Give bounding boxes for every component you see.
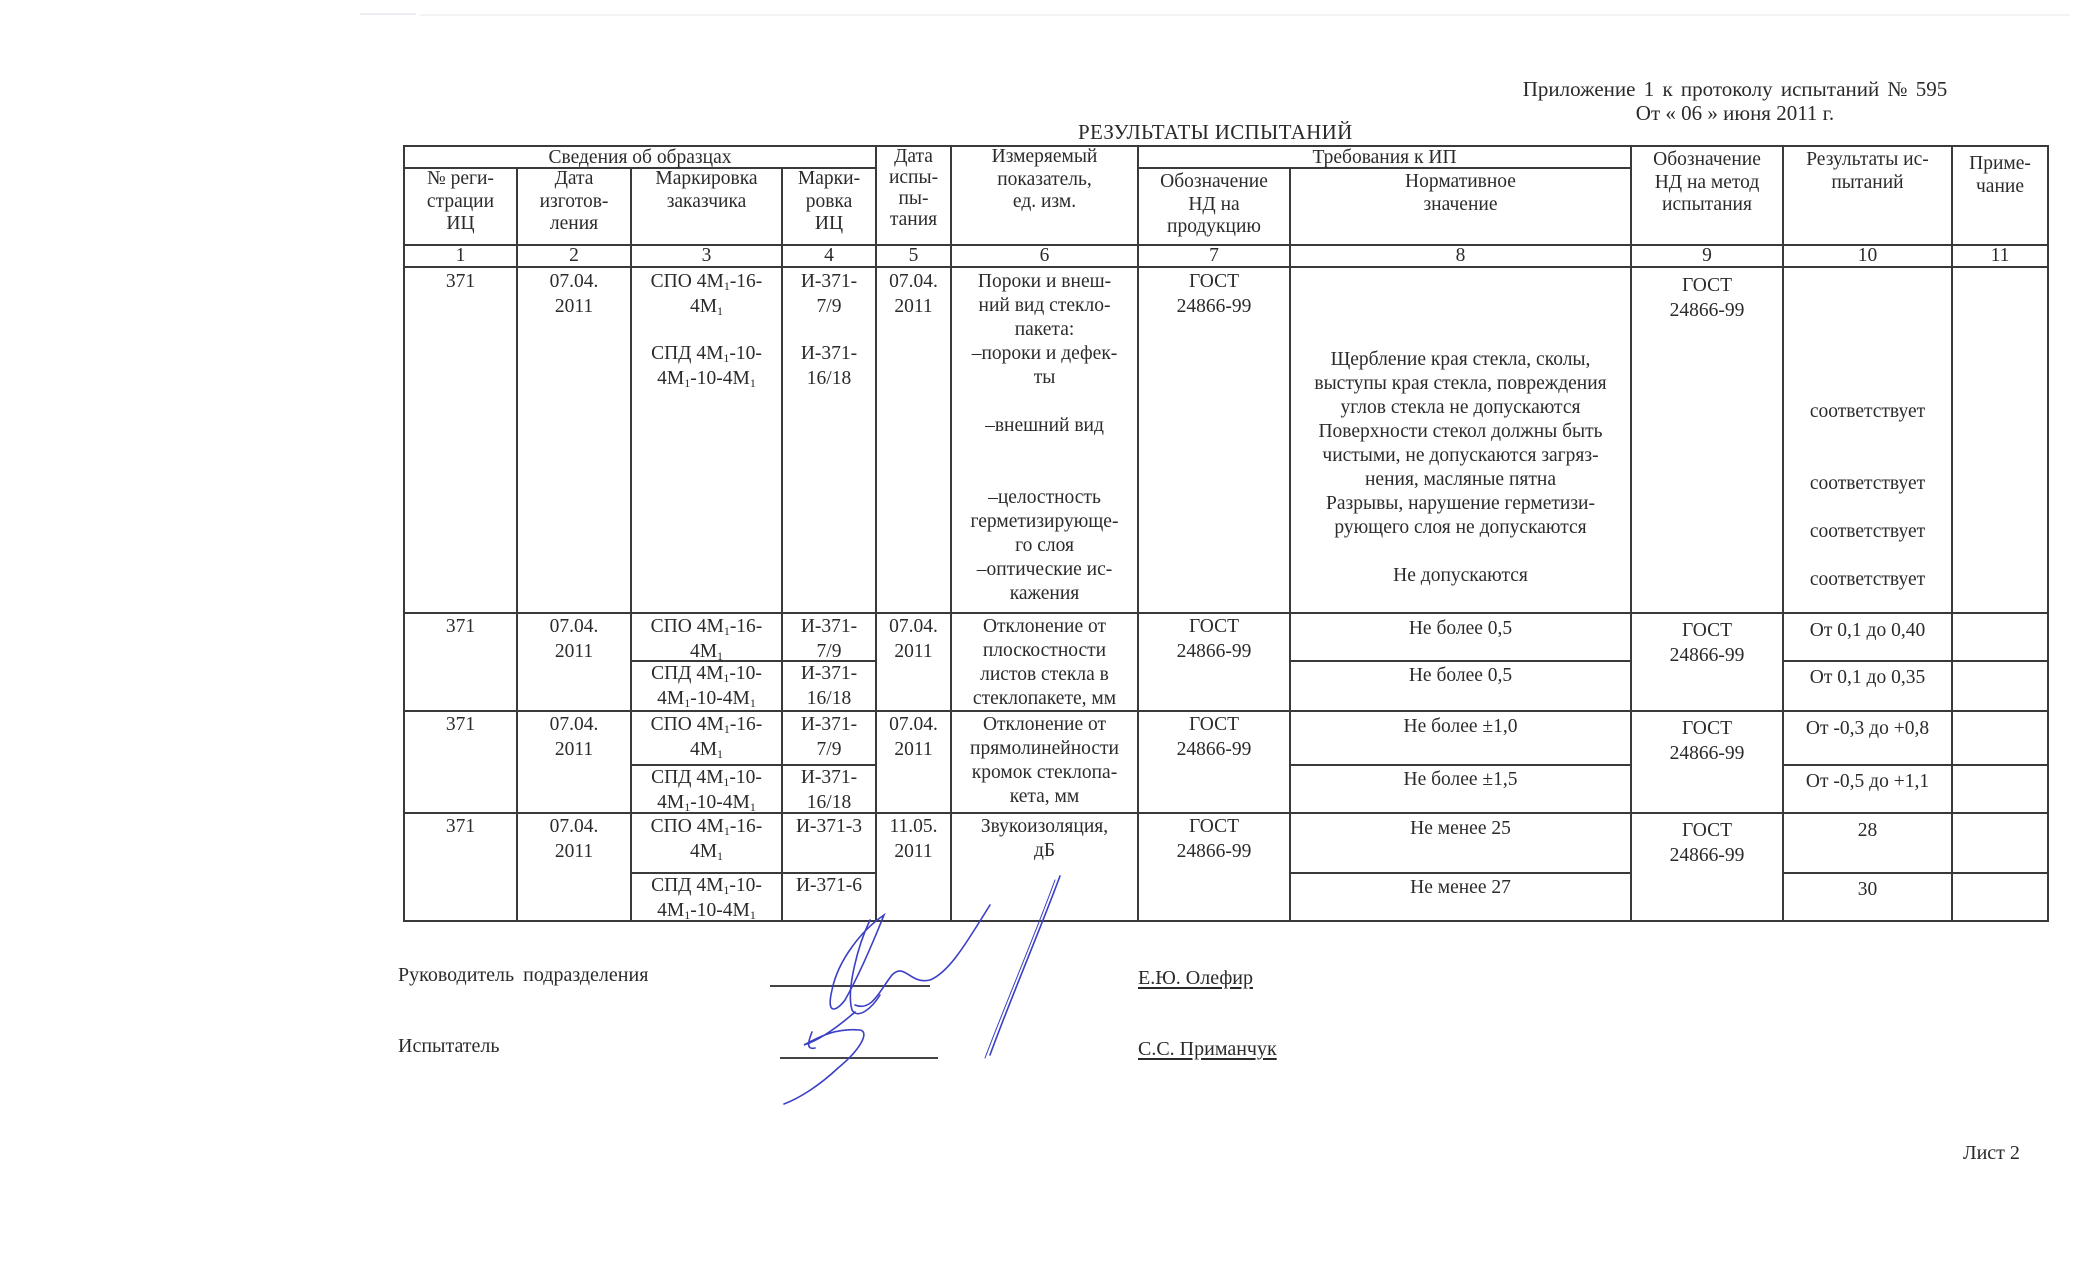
handwritten-signature-icon [0,0,2100,1275]
sheet-number: Лист 2 [1963,1142,2020,1165]
